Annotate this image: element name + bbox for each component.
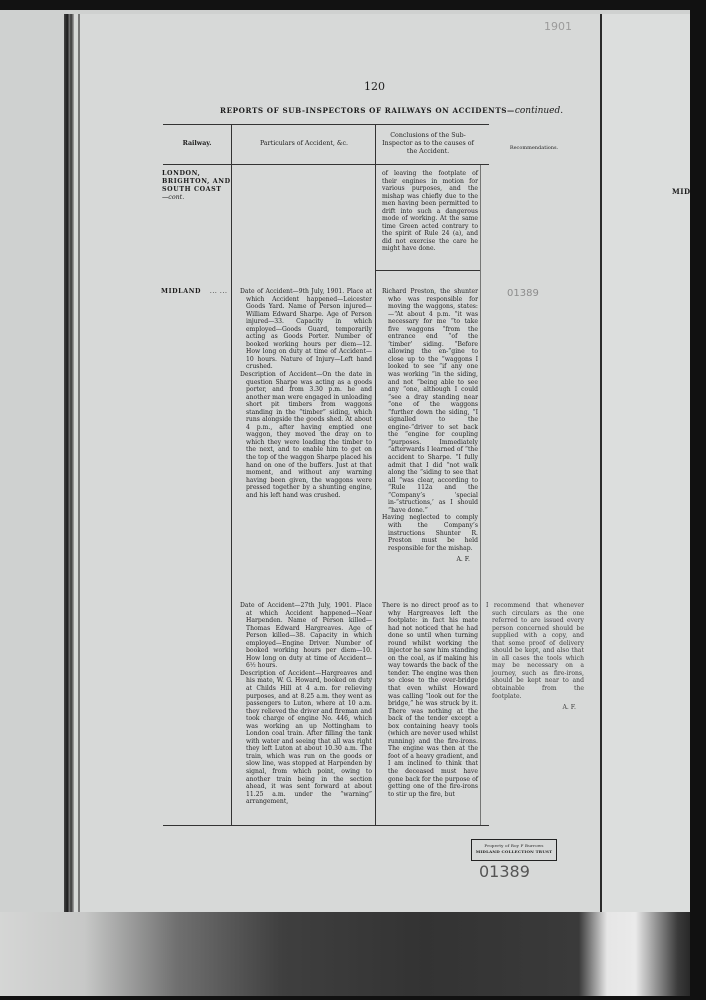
row-divider — [375, 270, 480, 271]
header-conclusions: Conclusions of the Sub-Inspector as to t… — [378, 132, 478, 156]
header-railway: Railway. — [164, 140, 230, 148]
column-divider-1 — [231, 124, 232, 826]
row2-particulars-date: Date of Accident—9th July, 1901. Place a… — [240, 288, 372, 371]
document-page: 1901 120 REPORTS OF SUB-INSPECTORS OF RA… — [64, 14, 600, 912]
header-particulars: Particulars of Accident, &c. — [234, 140, 374, 148]
row1-railway: LONDON, BRIGHTON, AND SOUTH COAST —cont. — [162, 170, 232, 202]
row3-particulars-description: Description of Accident—Hargreaves and h… — [240, 670, 372, 806]
row3-conclusions: There is no direct proof as to why Hargr… — [382, 602, 478, 798]
row3-signature: A. F. — [486, 704, 584, 712]
page-spine-line — [78, 14, 80, 912]
page-spine — [64, 14, 74, 912]
row2-conclusion-finding: Having neglected to comply with the Comp… — [382, 514, 478, 552]
faint-reference-number: 01389 — [507, 288, 539, 299]
reference-number: 01389 — [479, 862, 530, 881]
row2-railway: MIDLAND ... ... — [161, 288, 231, 296]
table-bottom-rule — [163, 825, 489, 826]
row3-recommendations: I recommend that whenever such circulars… — [486, 602, 584, 712]
table-top-rule — [163, 124, 489, 125]
running-title-suffix: continued. — [515, 106, 563, 116]
row1-railway-name: LONDON, BRIGHTON, AND SOUTH COAST — [162, 170, 231, 193]
row2-signature: A. F. — [382, 556, 478, 564]
row3-particulars: Date of Accident—27th July, 1901. Place … — [240, 602, 372, 806]
header-recommendations: Recommendations. — [484, 144, 584, 152]
row3-recommendation-text: I recommend that whenever such circulars… — [486, 602, 584, 700]
handwritten-year: 1901 — [544, 20, 572, 33]
row2-conclusion-statement: Richard Preston, the shunter who was res… — [382, 288, 478, 514]
column-divider-3 — [480, 164, 481, 826]
scan-border-right — [690, 0, 706, 1000]
row1-conclusions: of leaving the footplate of their engine… — [382, 170, 478, 253]
scan-border-top — [0, 0, 706, 10]
row3-particulars-date: Date of Accident—27th July, 1901. Place … — [240, 602, 372, 670]
row1-conclusion-text: of leaving the footplate of their engine… — [382, 170, 478, 253]
adjacent-page: MIDLA — [600, 14, 692, 914]
page-number: 120 — [364, 80, 385, 93]
running-title: REPORTS OF SUB-INSPECTORS OF RAILWAYS ON… — [220, 106, 563, 116]
scan-border-bottom — [0, 996, 706, 1000]
column-divider-2 — [375, 124, 376, 826]
row2-railway-name: MIDLAND — [161, 288, 201, 295]
stamp-collection: MIDLAND COLLECTION TRUST — [472, 849, 556, 855]
row2-particulars-description: Description of Accident—On the date in q… — [240, 371, 372, 499]
row3-conclusion-text: There is no direct proof as to why Hargr… — [382, 602, 478, 798]
row1-railway-cont: —cont. — [162, 194, 184, 201]
collection-stamp: Property of Roy F Burrows MIDLAND COLLEC… — [471, 839, 557, 861]
scan-background-shadow — [0, 912, 706, 1000]
header-bottom-rule — [163, 164, 489, 165]
row2-conclusions: Richard Preston, the shunter who was res… — [382, 288, 478, 564]
running-title-text: REPORTS OF SUB-INSPECTORS OF RAILWAYS ON… — [220, 106, 515, 115]
row2-particulars: Date of Accident—9th July, 1901. Place a… — [240, 288, 372, 499]
row2-railway-dots: ... ... — [210, 288, 228, 295]
